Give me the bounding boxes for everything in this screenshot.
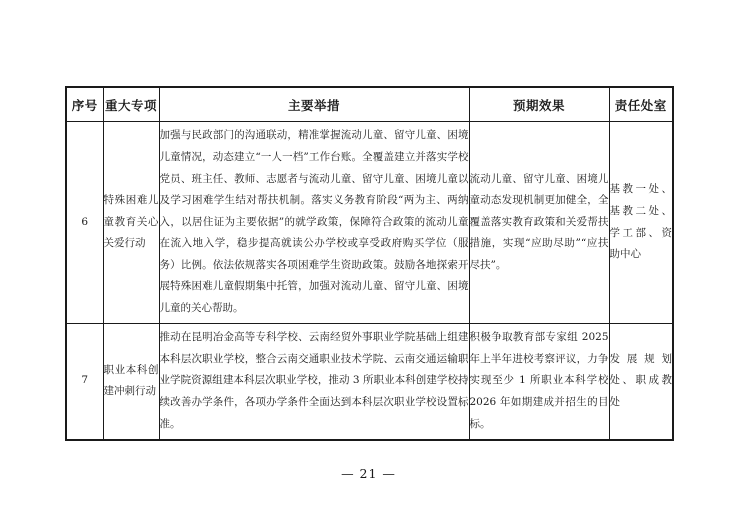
office-text: 发展规划处、职成教处 xyxy=(609,324,673,440)
document-page: 序号 重大专项 主要举措 预期效果 责任处室 6 特殊困难儿童教育关心关爱行动 … xyxy=(0,0,737,519)
action-plan-table: 序号 重大专项 主要举措 预期效果 责任处室 6 特殊困难儿童教育关心关爱行动 … xyxy=(65,86,674,441)
table-row: 7 职业本科创建冲刺行动 推动在昆明冶金高等专科学校、云南经贸外事职业学院基础上… xyxy=(66,324,673,440)
measures-text: 加强与民政部门的沟通联动，精准掌握流动儿童、留守儿童、困境儿童情况，动态建立“一… xyxy=(159,122,469,324)
effect-text: 积极争取教育部专家组 2025 年上半年进校考察评议，力争实现至少 1 所职业本… xyxy=(469,324,609,440)
header-effect: 预期效果 xyxy=(469,87,609,122)
table-row: 6 特殊困难儿童教育关心关爱行动 加强与民政部门的沟通联动，精准掌握流动儿童、留… xyxy=(66,122,673,324)
office-text: 基教一处、基教二处、学工部、资助中心 xyxy=(609,122,673,324)
header-index: 序号 xyxy=(66,87,103,122)
page-number: — 21 — xyxy=(0,466,737,481)
header-office: 责任处室 xyxy=(609,87,673,122)
effect-text: 流动儿童、留守儿童、困境儿童动态发现机制更加健全，全覆盖落实教育政策和关爱帮扶措… xyxy=(469,122,609,324)
header-project: 重大专项 xyxy=(103,87,159,122)
row-index: 6 xyxy=(66,122,103,324)
header-measures: 主要举措 xyxy=(159,87,469,122)
row-index: 7 xyxy=(66,324,103,440)
project-name: 职业本科创建冲刺行动 xyxy=(103,324,159,440)
project-name: 特殊困难儿童教育关心关爱行动 xyxy=(103,122,159,324)
table-header-row: 序号 重大专项 主要举措 预期效果 责任处室 xyxy=(66,87,673,122)
measures-text: 推动在昆明冶金高等专科学校、云南经贸外事职业学院基础上组建本科层次职业学校，整合… xyxy=(159,324,469,440)
